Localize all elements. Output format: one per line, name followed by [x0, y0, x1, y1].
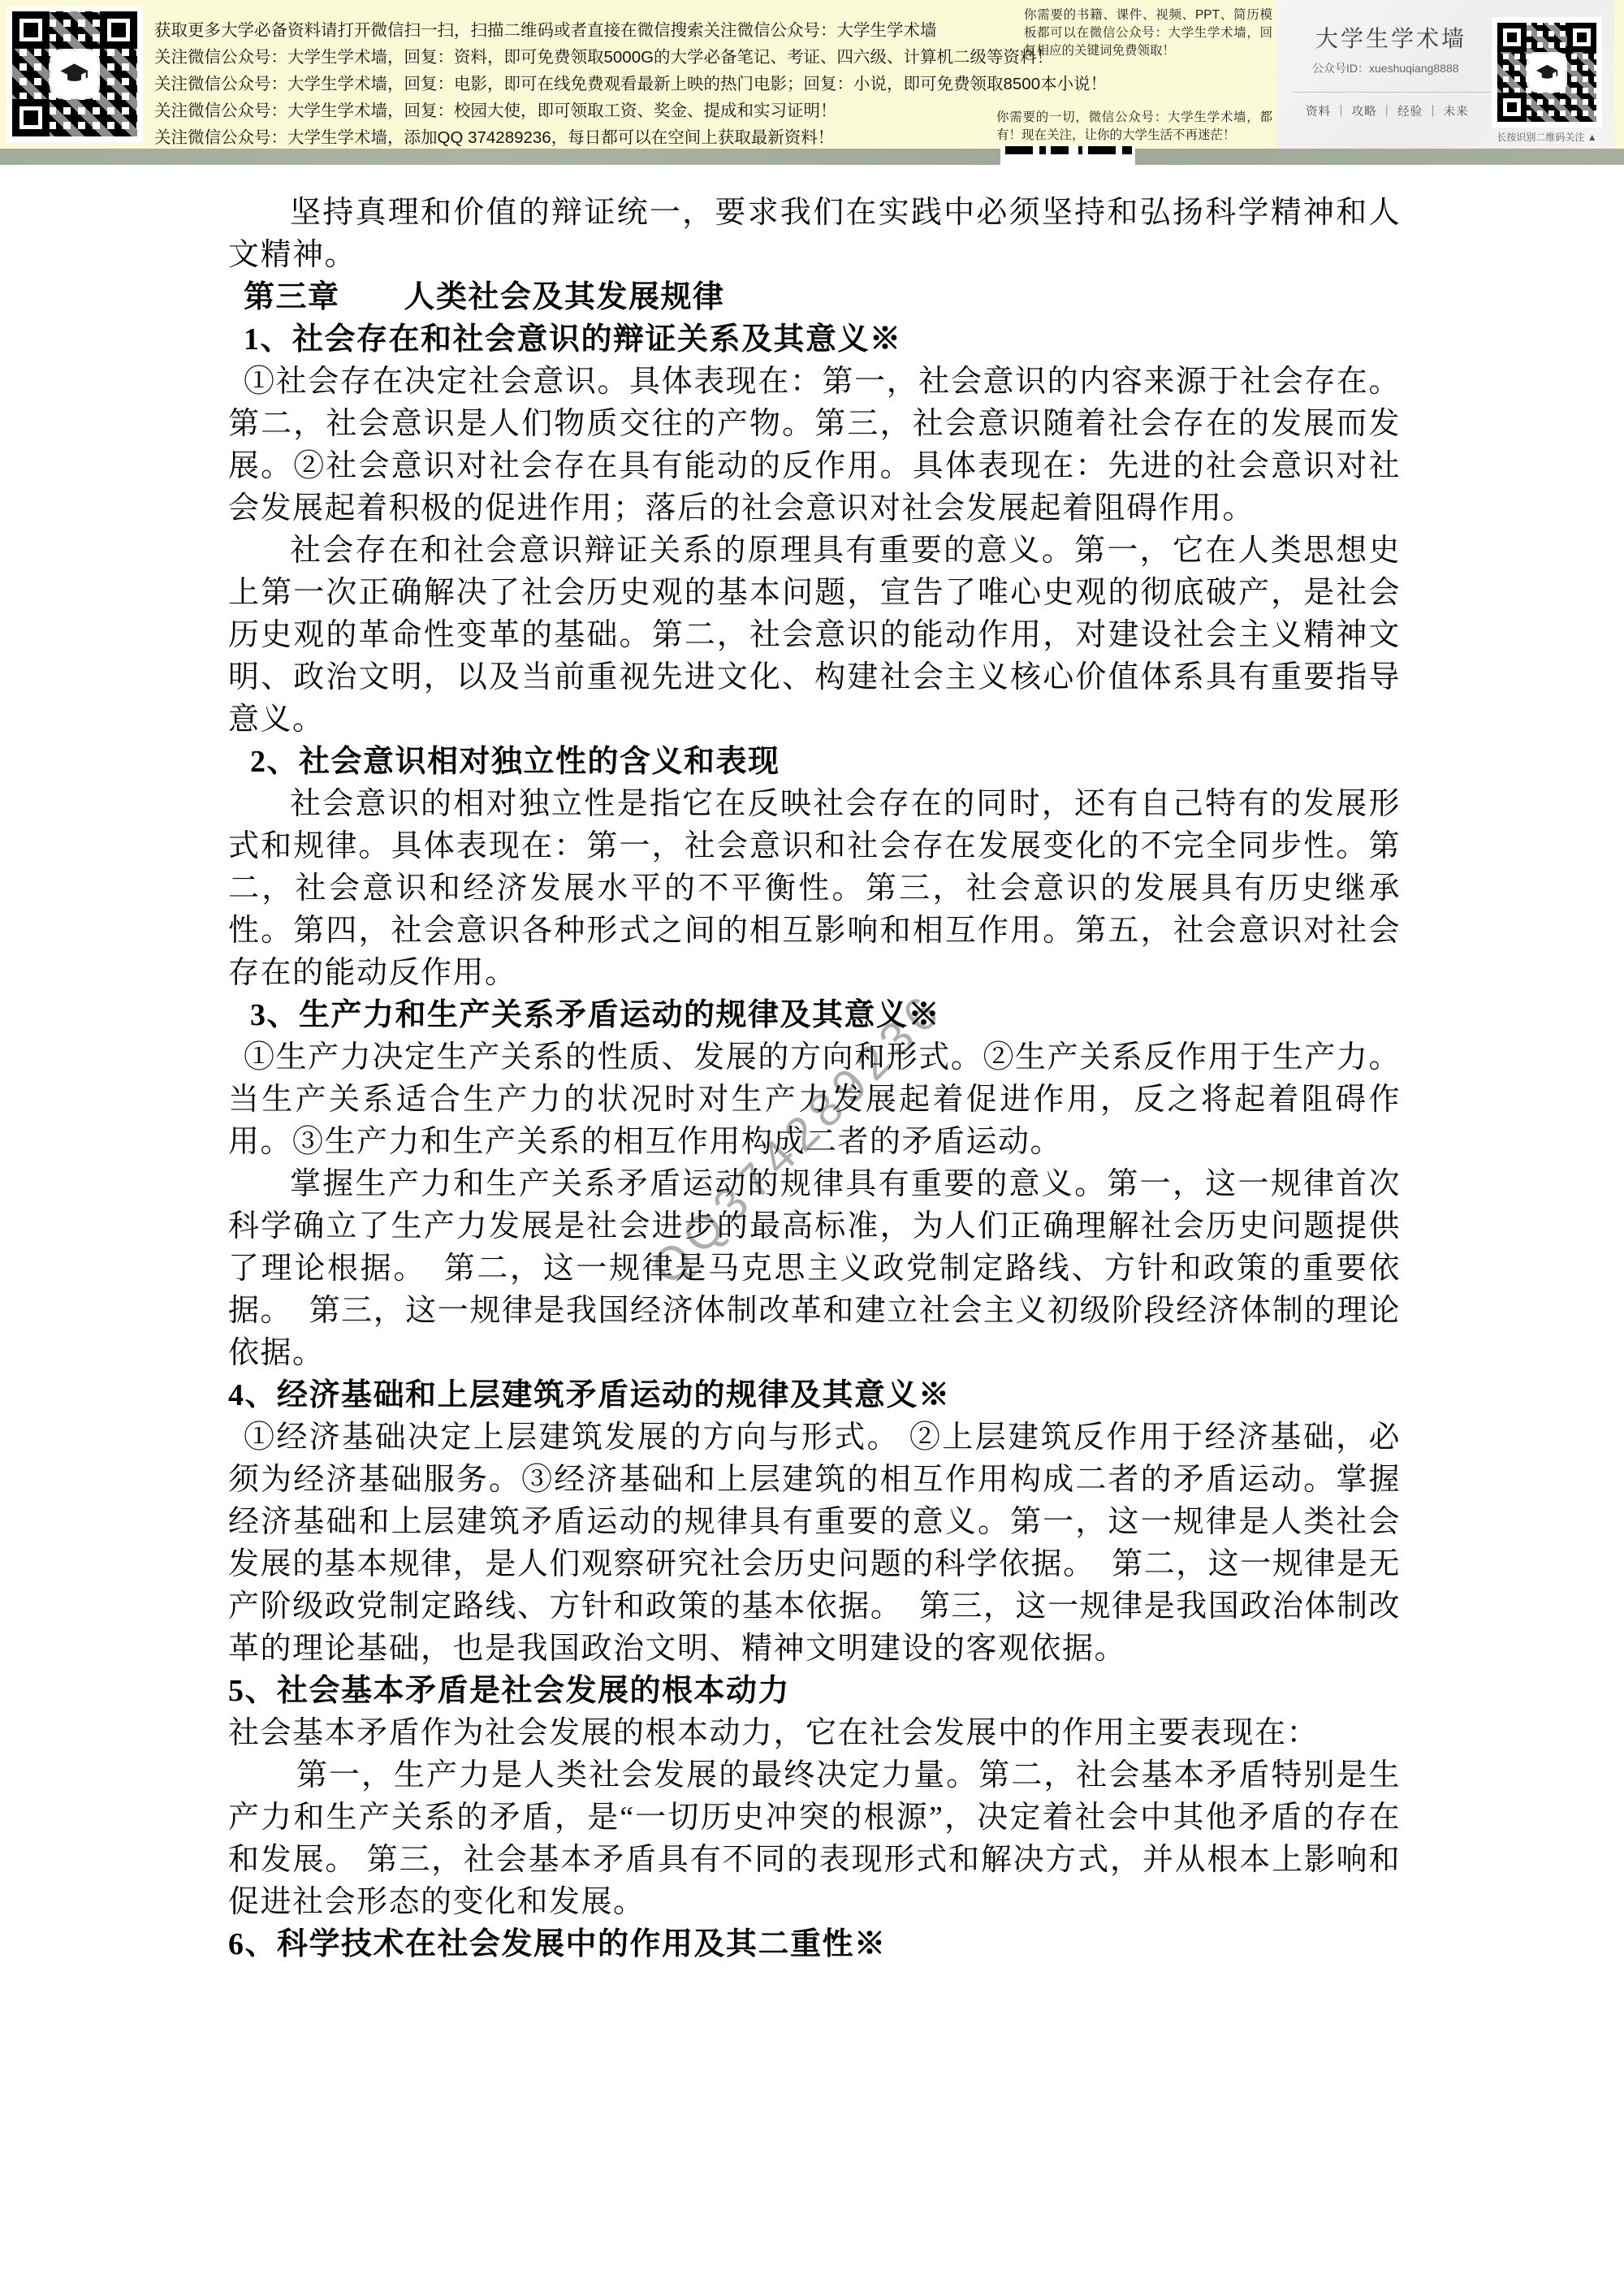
body-paragraph: 掌握生产力和生产关系矛盾运动的规律具有重要的意义。第一，这一规律首次科学确立了生…: [228, 1163, 1401, 1374]
brand-account-id: 公众号ID：xueshuqiang8888: [1312, 60, 1459, 76]
side-note: 你需要的书籍、课件、视频、PPT、简历模板都可以在微信公众号：大学生学术墙，回复…: [996, 6, 1272, 145]
qr-finder-icon: [100, 11, 137, 49]
side-note-paragraph: 你需要的书籍、课件、视频、PPT、简历模板都可以在微信公众号：大学生学术墙，回复…: [1024, 6, 1272, 60]
brand-tagline: 资料 ｜ 攻略 ｜ 经验 ｜ 未来: [1306, 102, 1469, 119]
section-heading: 2、社会意识相对独立性的含义和表现: [228, 741, 1401, 783]
graduation-cap-icon: [52, 51, 97, 97]
brand-title: 大学生学术墙: [1315, 21, 1466, 54]
promo-line: 关注微信公众号：大学生学术墙，回复：校园大使，即可领取工资、奖金、提成和实习证明…: [154, 97, 1107, 124]
promo-line: 关注微信公众号：大学生学术墙，回复：电影，即可在线免费观看最新上映的热门电影；回…: [154, 71, 1107, 97]
qr-finder-icon: [1497, 93, 1527, 122]
body-paragraph: ①经济基础决定上层建筑发展的方向与形式。 ②上层建筑反作用于经济基础，必须为经济…: [228, 1416, 1401, 1670]
promo-line: 关注微信公众号：大学生学术墙，添加QQ 374289236，每日都可以在空间上获…: [154, 124, 1107, 151]
side-note-paragraph: 你需要的一切，微信公众号：大学生学术墙，都有！现在关注，让你的大学生活不再迷茫！: [996, 109, 1272, 145]
promo-line: 关注微信公众号：大学生学术墙，回复：资料，即可免费领取5000G的大学必备笔记、…: [154, 44, 1107, 71]
body-paragraph: 社会基本矛盾作为社会发展的根本动力，它在社会发展中的作用主要表现在：: [228, 1712, 1401, 1754]
qr-scan-caption: 长按识别二维码关注 ▲: [1486, 130, 1608, 144]
body-paragraph: ①社会存在决定社会意识。具体表现在：第一，社会意识的内容来源于社会存在。第二，社…: [228, 361, 1401, 530]
body-paragraph: 第一，生产力是人类社会发展的最终决定力量。第二，社会基本矛盾特别是生产力和生产关…: [228, 1754, 1401, 1923]
divider-strip: [0, 149, 1624, 165]
promo-text-block: 获取更多大学必备资料请打开微信扫一扫，扫描二维码或者直接在微信搜索关注微信公众号…: [154, 17, 1107, 151]
promo-line: 获取更多大学必备资料请打开微信扫一扫，扫描二维码或者直接在微信搜索关注微信公众号…: [154, 17, 1107, 44]
header-banner: 获取更多大学必备资料请打开微信扫一扫，扫描二维码或者直接在微信搜索关注微信公众号…: [0, 0, 1624, 149]
brand-divider: [1293, 92, 1491, 93]
qr-finder-icon: [12, 11, 50, 49]
section-heading: 第三章 人类社会及其发展规律: [228, 276, 1401, 318]
cutoff-text-fragment: [1000, 145, 1135, 165]
body-paragraph: 社会意识的相对独立性是指它在反映社会存在的同时，还有自己特有的发展形式和规律。具…: [228, 783, 1401, 994]
qr-finder-icon: [1567, 23, 1596, 52]
body-paragraph: ①生产力决定生产关系的性质、发展的方向和形式。②生产关系反作用于生产力。当生产关…: [228, 1036, 1401, 1163]
qr-finder-icon: [1497, 23, 1527, 52]
section-heading: 5、社会基本矛盾是社会发展的根本动力: [228, 1670, 1401, 1712]
qr-finder-icon: [12, 99, 50, 136]
graduation-cap-icon: [1529, 54, 1565, 90]
section-heading: 4、经济基础和上层建筑矛盾运动的规律及其意义※: [228, 1374, 1401, 1416]
section-heading: 3、生产力和生产关系矛盾运动的规律及其意义※: [228, 994, 1401, 1036]
body-paragraph: 坚持真理和价值的辩证统一，要求我们在实践中必须坚持和弘扬科学精神和人文精神。: [228, 192, 1401, 276]
section-heading: 6、科学技术在社会发展中的作用及其二重性※: [228, 1923, 1401, 1965]
body-paragraph: 社会存在和社会意识辩证关系的原理具有重要的意义。第一，它在人类思想史上第一次正确…: [228, 530, 1401, 741]
section-heading: 1、社会存在和社会意识的辩证关系及其意义※: [228, 318, 1401, 361]
qr-code-left: [6, 6, 143, 142]
qr-code-right: [1492, 17, 1602, 128]
document-body: 坚持真理和价值的辩证统一，要求我们在实践中必须坚持和弘扬科学精神和人文精神。 第…: [228, 192, 1401, 1965]
